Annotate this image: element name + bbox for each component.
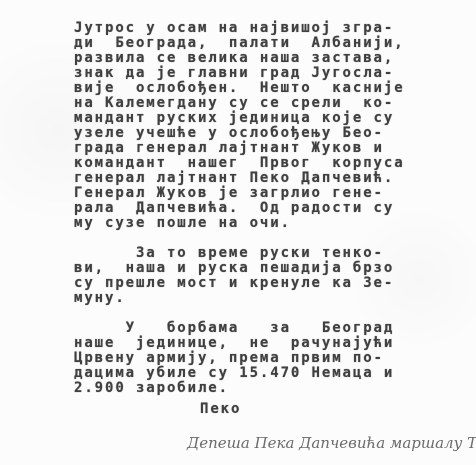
- paragraph-tanks: За то време руски тенко- ви, наша и руск…: [74, 246, 414, 306]
- caption: Депеша Пека Дапчевића маршалу Титу: [187, 434, 476, 452]
- paragraph-casualties: У борбама за Београд наше јединице, не р…: [74, 321, 414, 396]
- paragraph-liberation: Јутрос у осам на највишој згра- ди Беогр…: [74, 21, 414, 231]
- typewritten-text-block: Јутрос у осам на највишој згра- ди Беогр…: [74, 21, 414, 417]
- signature: Пеко: [74, 402, 414, 417]
- document-page: Јутрос у осам на највишој згра- ди Беогр…: [0, 0, 476, 465]
